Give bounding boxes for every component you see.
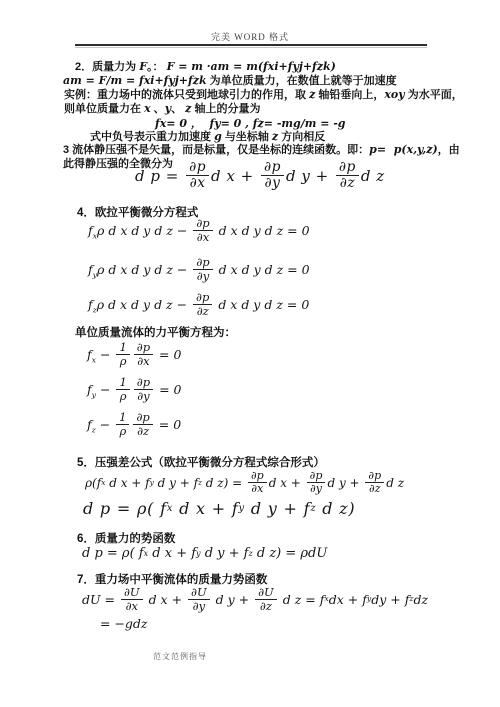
sec2-line3-cn3: 为水平面， [405,89,463,101]
eq-term: d x + [269,476,305,490]
f-sub: fy [88,262,97,277]
eq-term: dy + f [371,592,409,607]
partial-fraction: ∂p∂y [134,376,153,403]
partial-fraction: ∂p∂z [133,411,152,438]
eq-term: ρ d x d y d z − [97,262,191,277]
eq-term: − [96,382,114,397]
sec2-line4-cn3: 、 [171,103,185,115]
partial-fraction: ∂p∂y [307,470,326,496]
page-footer: 范文范例指导 [153,651,207,662]
one-over-rho-fraction: 1ρ [116,341,129,368]
eq-term: d p = ρ( f [82,546,144,561]
eq-term: ρ d x d y d z − [97,297,191,312]
sec2-line4-cn2: 、 [151,103,165,115]
eq-term: d y + f [201,546,249,561]
eq-lead: dU = [82,592,119,607]
eq-term: d y + [212,592,253,607]
sec3-line1-cn2: ，由 [438,144,460,156]
sec7-title: 7．重力场中平衡流体的质量力势函数 [77,571,267,587]
eq-term: d x d y d z = 0 [215,262,310,277]
f-sub: fz [88,297,97,312]
eq-term: − [96,347,114,362]
f-sub: fy [87,382,96,397]
sec2-line4: 则单位质量力在 x 、y、 z 轴上的分量为 [64,100,260,116]
eq-term: d x + [211,167,259,185]
potential-function-equation: d p = ρ( fx d x + fy d y + fz d z) = ρdU [82,546,327,561]
eq-term: = 0 [155,417,181,432]
one-over-rho-fraction: 1ρ [116,411,129,438]
sec2-line3-math2: xoy [384,88,404,101]
pressure-difference-equation: ρ(fx d x + fy d y + fz d z) = ∂p∂x d x +… [85,470,404,496]
f-sub: fx [87,347,96,362]
eq-term: d x d y d z = 0 [214,297,309,312]
page-header: 完美 WORD 格式 [0,30,500,43]
partial-fraction: ∂p∂x [248,470,267,496]
eq-term: d y + f [245,499,310,518]
gdz-equation: = −gdz [100,616,148,631]
eq-term: = 0 [155,347,181,362]
partial-fraction: ∂U∂z [255,586,277,613]
sec6-title: 6．质量力的势函数 [77,530,175,546]
partial-fraction: ∂p∂y [193,256,212,283]
partial-fraction: ∂p∂x [193,217,212,244]
eq-term: d x d y d z = 0 [215,223,310,238]
euler-equation-y: fy ρ d x d y d z − ∂p∂y d x d y d z = 0 [88,256,310,283]
partial-fraction: ∂p∂z [365,470,384,496]
sec2-line3-cn2: 轴铅垂向上， [315,89,384,101]
force-balance-equation-z: fz − 1ρ ∂p∂z = 0 [87,411,181,438]
partial-fraction: ∂U∂y [188,586,210,613]
eq-term: = 0 [155,382,181,397]
eq-lead: d p = [135,167,184,185]
sec3-line1-math1: p= p(x,y,z) [369,143,437,156]
force-balance-equation-x: fx − 1ρ ∂p∂x = 0 [87,341,181,368]
sec3-dp-total-differential-equation: d p = ∂p∂x d x + ∂p∂y d y + ∂p∂z d z [135,160,385,192]
eq-term: d p = ρ( f [83,499,167,518]
eq-term: dx + f [329,592,367,607]
euler-equation-x: fx ρ d x d y d z − ∂p∂x d x d y d z = 0 [88,217,310,244]
document-page: 完美 WORD 格式 2．质量力为 F。： F = m ·am = m(fxi+… [0,0,500,707]
sec2-line4-cn4: 轴上的分量为 [191,103,260,115]
sec5-title: 5．压强差公式（欧拉平衡微分方程式综合形式） [77,454,325,470]
gravity-potential-equation: dU = ∂U∂x d x + ∂U∂y d y + ∂U∂z d z = fx… [82,586,428,613]
eq-term: d z) [316,499,355,518]
partial-fraction: ∂p∂z [336,160,359,192]
eq-term: ρ d x d y d z − [97,223,191,238]
eq-term: d y + [327,476,363,490]
eq-term: d x + f [105,476,149,490]
eq-term: dz [413,592,428,607]
force-balance-equation-y: fy − 1ρ ∂p∂y = 0 [87,376,181,403]
eq-term: d y + [286,167,334,185]
eq-term: − [96,417,114,432]
eq-term: d x + [145,592,186,607]
partial-fraction: ∂p∂z [193,291,212,318]
header-rule [75,44,427,48]
eq-term: d z [361,167,385,185]
partial-fraction: ∂p∂x [186,160,209,192]
eq-term: d y + f [154,476,198,490]
eq-term: d z) = [202,476,246,490]
eq-term: d z [386,476,404,490]
dp-rho-equation: d p = ρ( fx d x + fy d y + fz d z) [83,499,355,518]
eq-term: d z) = ρdU [253,546,328,561]
eq-term: d x + f [148,546,196,561]
eq-term: ρ(f [85,476,101,490]
eq-term: d x + f [173,499,238,518]
eq-term: = −gdz [100,616,148,631]
partial-fraction: ∂p∂y [261,160,284,192]
f-sub: fx [88,223,97,238]
sec2-line4-cn1: 则单位质量力在 [64,103,144,115]
one-over-rho-fraction: 1ρ [116,376,129,403]
partial-fraction: ∂p∂x [134,341,153,368]
euler-equation-z: fz ρ d x d y d z − ∂p∂z d x d y d z = 0 [88,291,309,318]
partial-fraction: ∂U∂x [121,586,143,613]
sec4-subtitle: 单位质量流体的力平衡方程为： [75,324,236,340]
f-sub: fz [87,417,96,432]
eq-term: d z = f [279,592,325,607]
